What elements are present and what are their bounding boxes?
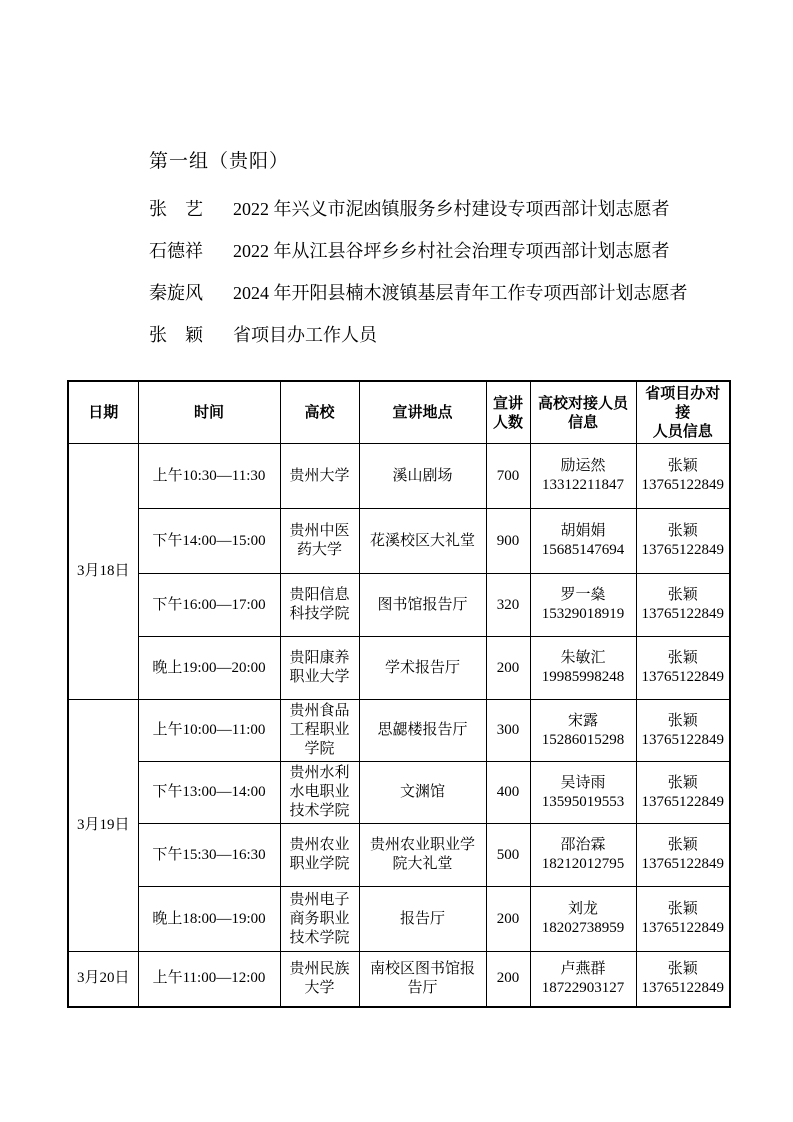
time-cell: 晚上18:00—19:00 xyxy=(138,887,280,952)
member-description: 2022 年兴义市泥凼镇服务乡村建设专项西部计划志愿者 xyxy=(233,198,670,221)
venue-cell: 学术报告厅 xyxy=(359,637,486,700)
audience-cell: 400 xyxy=(486,762,530,824)
time-cell: 上午11:00—12:00 xyxy=(138,952,280,1007)
office-contact-cell: 张颖 13765122849 xyxy=(636,887,730,952)
time-cell: 上午10:30—11:30 xyxy=(138,444,280,509)
venue-cell: 文渊馆 xyxy=(359,762,486,824)
member-name: 张 艺 xyxy=(149,198,233,221)
audience-cell: 200 xyxy=(486,637,530,700)
column-header: 高校对接人员 信息 xyxy=(530,381,636,444)
venue-cell: 报告厅 xyxy=(359,887,486,952)
member-name: 张 颖 xyxy=(149,324,233,347)
column-header: 省项目办对接 人员信息 xyxy=(636,381,730,444)
schedule-table: 日期时间高校宣讲地点宣讲 人数高校对接人员 信息省项目办对接 人员信息 3月18… xyxy=(67,380,731,1008)
school-cell: 贵州电子 商务职业 技术学院 xyxy=(280,887,359,952)
school-contact-cell: 刘龙 18202738959 xyxy=(530,887,636,952)
member-description: 2022 年从江县谷坪乡乡村社会治理专项西部计划志愿者 xyxy=(233,240,670,263)
office-contact-cell: 张颖 13765122849 xyxy=(636,762,730,824)
school-cell: 贵州水利 水电职业 技术学院 xyxy=(280,762,359,824)
venue-cell: 思勰楼报告厅 xyxy=(359,700,486,762)
table-row: 3月19日上午10:00—11:00贵州食品 工程职业 学院思勰楼报告厅300宋… xyxy=(68,700,730,762)
column-header: 宣讲 人数 xyxy=(486,381,530,444)
column-header: 宣讲地点 xyxy=(359,381,486,444)
time-cell: 下午13:00—14:00 xyxy=(138,762,280,824)
date-cell: 3月19日 xyxy=(68,700,138,952)
members-list: 张 艺2022 年兴义市泥凼镇服务乡村建设专项西部计划志愿者石德祥2022 年从… xyxy=(149,198,729,347)
office-contact-cell: 张颖 13765122849 xyxy=(636,574,730,637)
audience-cell: 200 xyxy=(486,887,530,952)
table-row: 下午15:30—16:30贵州农业 职业学院贵州农业职业学 院大礼堂500邵治霖… xyxy=(68,824,730,887)
office-contact-cell: 张颖 13765122849 xyxy=(636,824,730,887)
table-row: 下午16:00—17:00贵阳信息 科技学院图书馆报告厅320罗一燊 15329… xyxy=(68,574,730,637)
school-contact-cell: 吴诗雨 13595019553 xyxy=(530,762,636,824)
table-row: 晚上18:00—19:00贵州电子 商务职业 技术学院报告厅200刘龙 1820… xyxy=(68,887,730,952)
time-cell: 下午14:00—15:00 xyxy=(138,509,280,574)
table-row: 3月20日上午11:00—12:00贵州民族 大学南校区图书馆报 告厅200卢燕… xyxy=(68,952,730,1007)
time-cell: 下午16:00—17:00 xyxy=(138,574,280,637)
school-contact-cell: 宋露 15286015298 xyxy=(530,700,636,762)
office-contact-cell: 张颖 13765122849 xyxy=(636,637,730,700)
office-contact-cell: 张颖 13765122849 xyxy=(636,700,730,762)
time-cell: 下午15:30—16:30 xyxy=(138,824,280,887)
table-header-row: 日期时间高校宣讲地点宣讲 人数高校对接人员 信息省项目办对接 人员信息 xyxy=(68,381,730,444)
office-contact-cell: 张颖 13765122849 xyxy=(636,444,730,509)
date-cell: 3月20日 xyxy=(68,952,138,1007)
table-row: 下午13:00—14:00贵州水利 水电职业 技术学院文渊馆400吴诗雨 135… xyxy=(68,762,730,824)
column-header: 日期 xyxy=(68,381,138,444)
member-line: 石德祥2022 年从江县谷坪乡乡村社会治理专项西部计划志愿者 xyxy=(149,240,729,263)
venue-cell: 南校区图书馆报 告厅 xyxy=(359,952,486,1007)
table-row: 晚上19:00—20:00贵阳康养 职业大学学术报告厅200朱敏汇 199859… xyxy=(68,637,730,700)
school-contact-cell: 罗一燊 15329018919 xyxy=(530,574,636,637)
audience-cell: 500 xyxy=(486,824,530,887)
column-header: 时间 xyxy=(138,381,280,444)
school-contact-cell: 胡娟娟 15685147694 xyxy=(530,509,636,574)
venue-cell: 贵州农业职业学 院大礼堂 xyxy=(359,824,486,887)
intro-block: 第一组（贵阳） 张 艺2022 年兴义市泥凼镇服务乡村建设专项西部计划志愿者石德… xyxy=(149,150,729,366)
audience-cell: 900 xyxy=(486,509,530,574)
member-line: 张 艺2022 年兴义市泥凼镇服务乡村建设专项西部计划志愿者 xyxy=(149,198,729,221)
venue-cell: 花溪校区大礼堂 xyxy=(359,509,486,574)
date-cell: 3月18日 xyxy=(68,444,138,700)
school-cell: 贵州大学 xyxy=(280,444,359,509)
audience-cell: 200 xyxy=(486,952,530,1007)
member-description: 省项目办工作人员 xyxy=(233,324,377,347)
member-line: 张 颖省项目办工作人员 xyxy=(149,324,729,347)
member-description: 2024 年开阳县楠木渡镇基层青年工作专项西部计划志愿者 xyxy=(233,282,688,305)
school-cell: 贵州食品 工程职业 学院 xyxy=(280,700,359,762)
office-contact-cell: 张颖 13765122849 xyxy=(636,509,730,574)
document-page: 第一组（贵阳） 张 艺2022 年兴义市泥凼镇服务乡村建设专项西部计划志愿者石德… xyxy=(0,0,793,1122)
table-row: 3月18日上午10:30—11:30贵州大学溪山剧场700励运然 1331221… xyxy=(68,444,730,509)
time-cell: 上午10:00—11:00 xyxy=(138,700,280,762)
group-title: 第一组（贵阳） xyxy=(149,150,729,174)
school-cell: 贵州农业 职业学院 xyxy=(280,824,359,887)
office-contact-cell: 张颖 13765122849 xyxy=(636,952,730,1007)
school-cell: 贵阳康养 职业大学 xyxy=(280,637,359,700)
member-name: 石德祥 xyxy=(149,240,233,263)
time-cell: 晚上19:00—20:00 xyxy=(138,637,280,700)
table-row: 下午14:00—15:00贵州中医 药大学花溪校区大礼堂900胡娟娟 15685… xyxy=(68,509,730,574)
schedule-table-body: 3月18日上午10:30—11:30贵州大学溪山剧场700励运然 1331221… xyxy=(68,444,730,1007)
audience-cell: 300 xyxy=(486,700,530,762)
column-header: 高校 xyxy=(280,381,359,444)
school-contact-cell: 卢燕群 18722903127 xyxy=(530,952,636,1007)
venue-cell: 图书馆报告厅 xyxy=(359,574,486,637)
member-name: 秦旋风 xyxy=(149,282,233,305)
school-contact-cell: 邵治霖 18212012795 xyxy=(530,824,636,887)
school-contact-cell: 朱敏汇 19985998248 xyxy=(530,637,636,700)
audience-cell: 700 xyxy=(486,444,530,509)
school-contact-cell: 励运然 13312211847 xyxy=(530,444,636,509)
school-cell: 贵州中医 药大学 xyxy=(280,509,359,574)
school-cell: 贵州民族 大学 xyxy=(280,952,359,1007)
school-cell: 贵阳信息 科技学院 xyxy=(280,574,359,637)
member-line: 秦旋风2024 年开阳县楠木渡镇基层青年工作专项西部计划志愿者 xyxy=(149,282,729,305)
audience-cell: 320 xyxy=(486,574,530,637)
venue-cell: 溪山剧场 xyxy=(359,444,486,509)
